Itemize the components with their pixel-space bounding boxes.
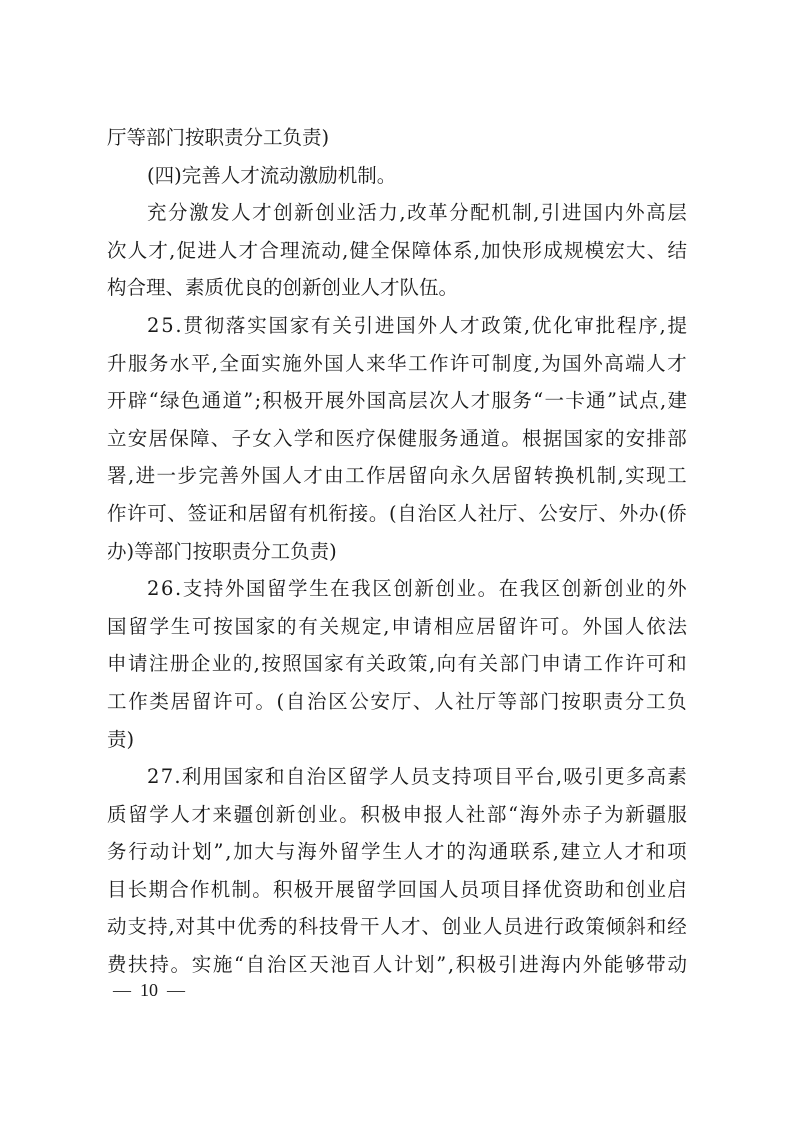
text-line: 升服务水平,全面实施外国人来华工作许可制度,为国外高端人才	[107, 345, 687, 383]
text-line: 办)等部门按职责分工负责)	[107, 533, 687, 571]
text-line: 质留学人才来疆创新创业。积极申报人社部“海外赤子为新疆服	[107, 796, 687, 834]
text-line: 工作类居留许可。(自治区公安厅、人社厅等部门按职责分工负	[107, 683, 687, 721]
text-line: 费扶持。实施“自治区天池百人计划”,积极引进海内外能够带动	[107, 946, 687, 984]
text-line: 充分激发人才创新创业活力,改革分配机制,引进国内外高层	[107, 194, 687, 232]
section-heading: (四)完善人才流动激励机制。	[107, 157, 687, 195]
page-number: — 10 —	[113, 978, 185, 1002]
text-line: 厅等部门按职责分工负责)	[107, 119, 687, 157]
text-line: 立安居保障、子女入学和医疗保健服务通道。根据国家的安排部	[107, 420, 687, 458]
text-line: 开辟“绿色通道”;积极开展外国高层次人才服务“一卡通”试点,建	[107, 382, 687, 420]
item-26-start: 26.支持外国留学生在我区创新创业。在我区创新创业的外	[107, 570, 687, 608]
text-line: 申请注册企业的,按照国家有关政策,向有关部门申请工作许可和	[107, 645, 687, 683]
text-line: 作许可、签证和居留有机衔接。(自治区人社厅、公安厅、外办(侨	[107, 495, 687, 533]
text-line: 责)	[107, 721, 687, 759]
text-line: 目长期合作机制。积极开展留学回国人员项目择优资助和创业启	[107, 871, 687, 909]
text-line: 次人才,促进人才合理流动,健全保障体系,加快形成规模宏大、结	[107, 232, 687, 270]
text-line: 国留学生可按国家的有关规定,申请相应居留许可。外国人依法	[107, 608, 687, 646]
item-27-start: 27.利用国家和自治区留学人员支持项目平台,吸引更多高素	[107, 758, 687, 796]
document-page-body: 厅等部门按职责分工负责) (四)完善人才流动激励机制。 充分激发人才创新创业活力…	[107, 119, 687, 984]
item-25-start: 25.贯彻落实国家有关引进国外人才政策,优化审批程序,提	[107, 307, 687, 345]
text-line: 动支持,对其中优秀的科技骨干人才、创业人员进行政策倾斜和经	[107, 908, 687, 946]
text-line: 署,进一步完善外国人才由工作居留向永久居留转换机制,实现工	[107, 457, 687, 495]
text-line: 构合理、素质优良的创新创业人才队伍。	[107, 269, 687, 307]
text-line: 务行动计划”,加大与海外留学生人才的沟通联系,建立人才和项	[107, 833, 687, 871]
